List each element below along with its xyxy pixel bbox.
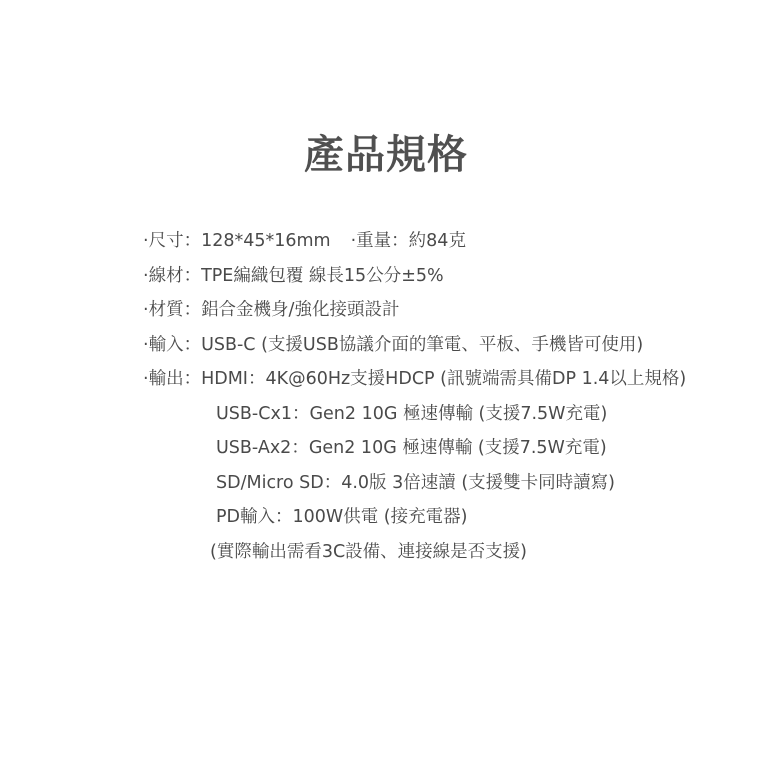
spec-row-size-weight: ·尺寸：128*45*16mm·重量：約84克 (143, 224, 686, 259)
spec-input: ·輸入：USB-C (支援USB協議介面的筆電、平板、手機皆可使用) (143, 328, 686, 363)
spec-list: ·尺寸：128*45*16mm·重量：約84克 ·線材：TPE編織包覆 線長15… (143, 224, 686, 569)
spec-output-sd: SD/Micro SD：4.0版 3倍速讀 (支援雙卡同時讀寫) (143, 466, 686, 501)
spec-weight: ·重量：約84克 (351, 231, 466, 251)
spec-output-hdmi: ·輸出：HDMI：4K@60Hz支援HDCP (訊號端需具備DP 1.4以上規格… (143, 362, 686, 397)
spec-material: ·材質：鋁合金機身/強化接頭設計 (143, 293, 686, 328)
spec-note: (實際輸出需看3C設備、連接線是否支援) (143, 535, 686, 570)
spec-size: ·尺寸：128*45*16mm (143, 231, 331, 251)
page-title: 產品規格 (0, 127, 772, 183)
spec-output-usba: USB-Ax2：Gen2 10G 極速傳輸 (支援7.5W充電) (143, 431, 686, 466)
spec-cable: ·線材：TPE編織包覆 線長15公分±5% (143, 259, 686, 294)
spec-output-usbc: USB-Cx1：Gen2 10G 極速傳輸 (支援7.5W充電) (143, 397, 686, 432)
spec-output-pd: PD輸入：100W供電 (接充電器) (143, 500, 686, 535)
